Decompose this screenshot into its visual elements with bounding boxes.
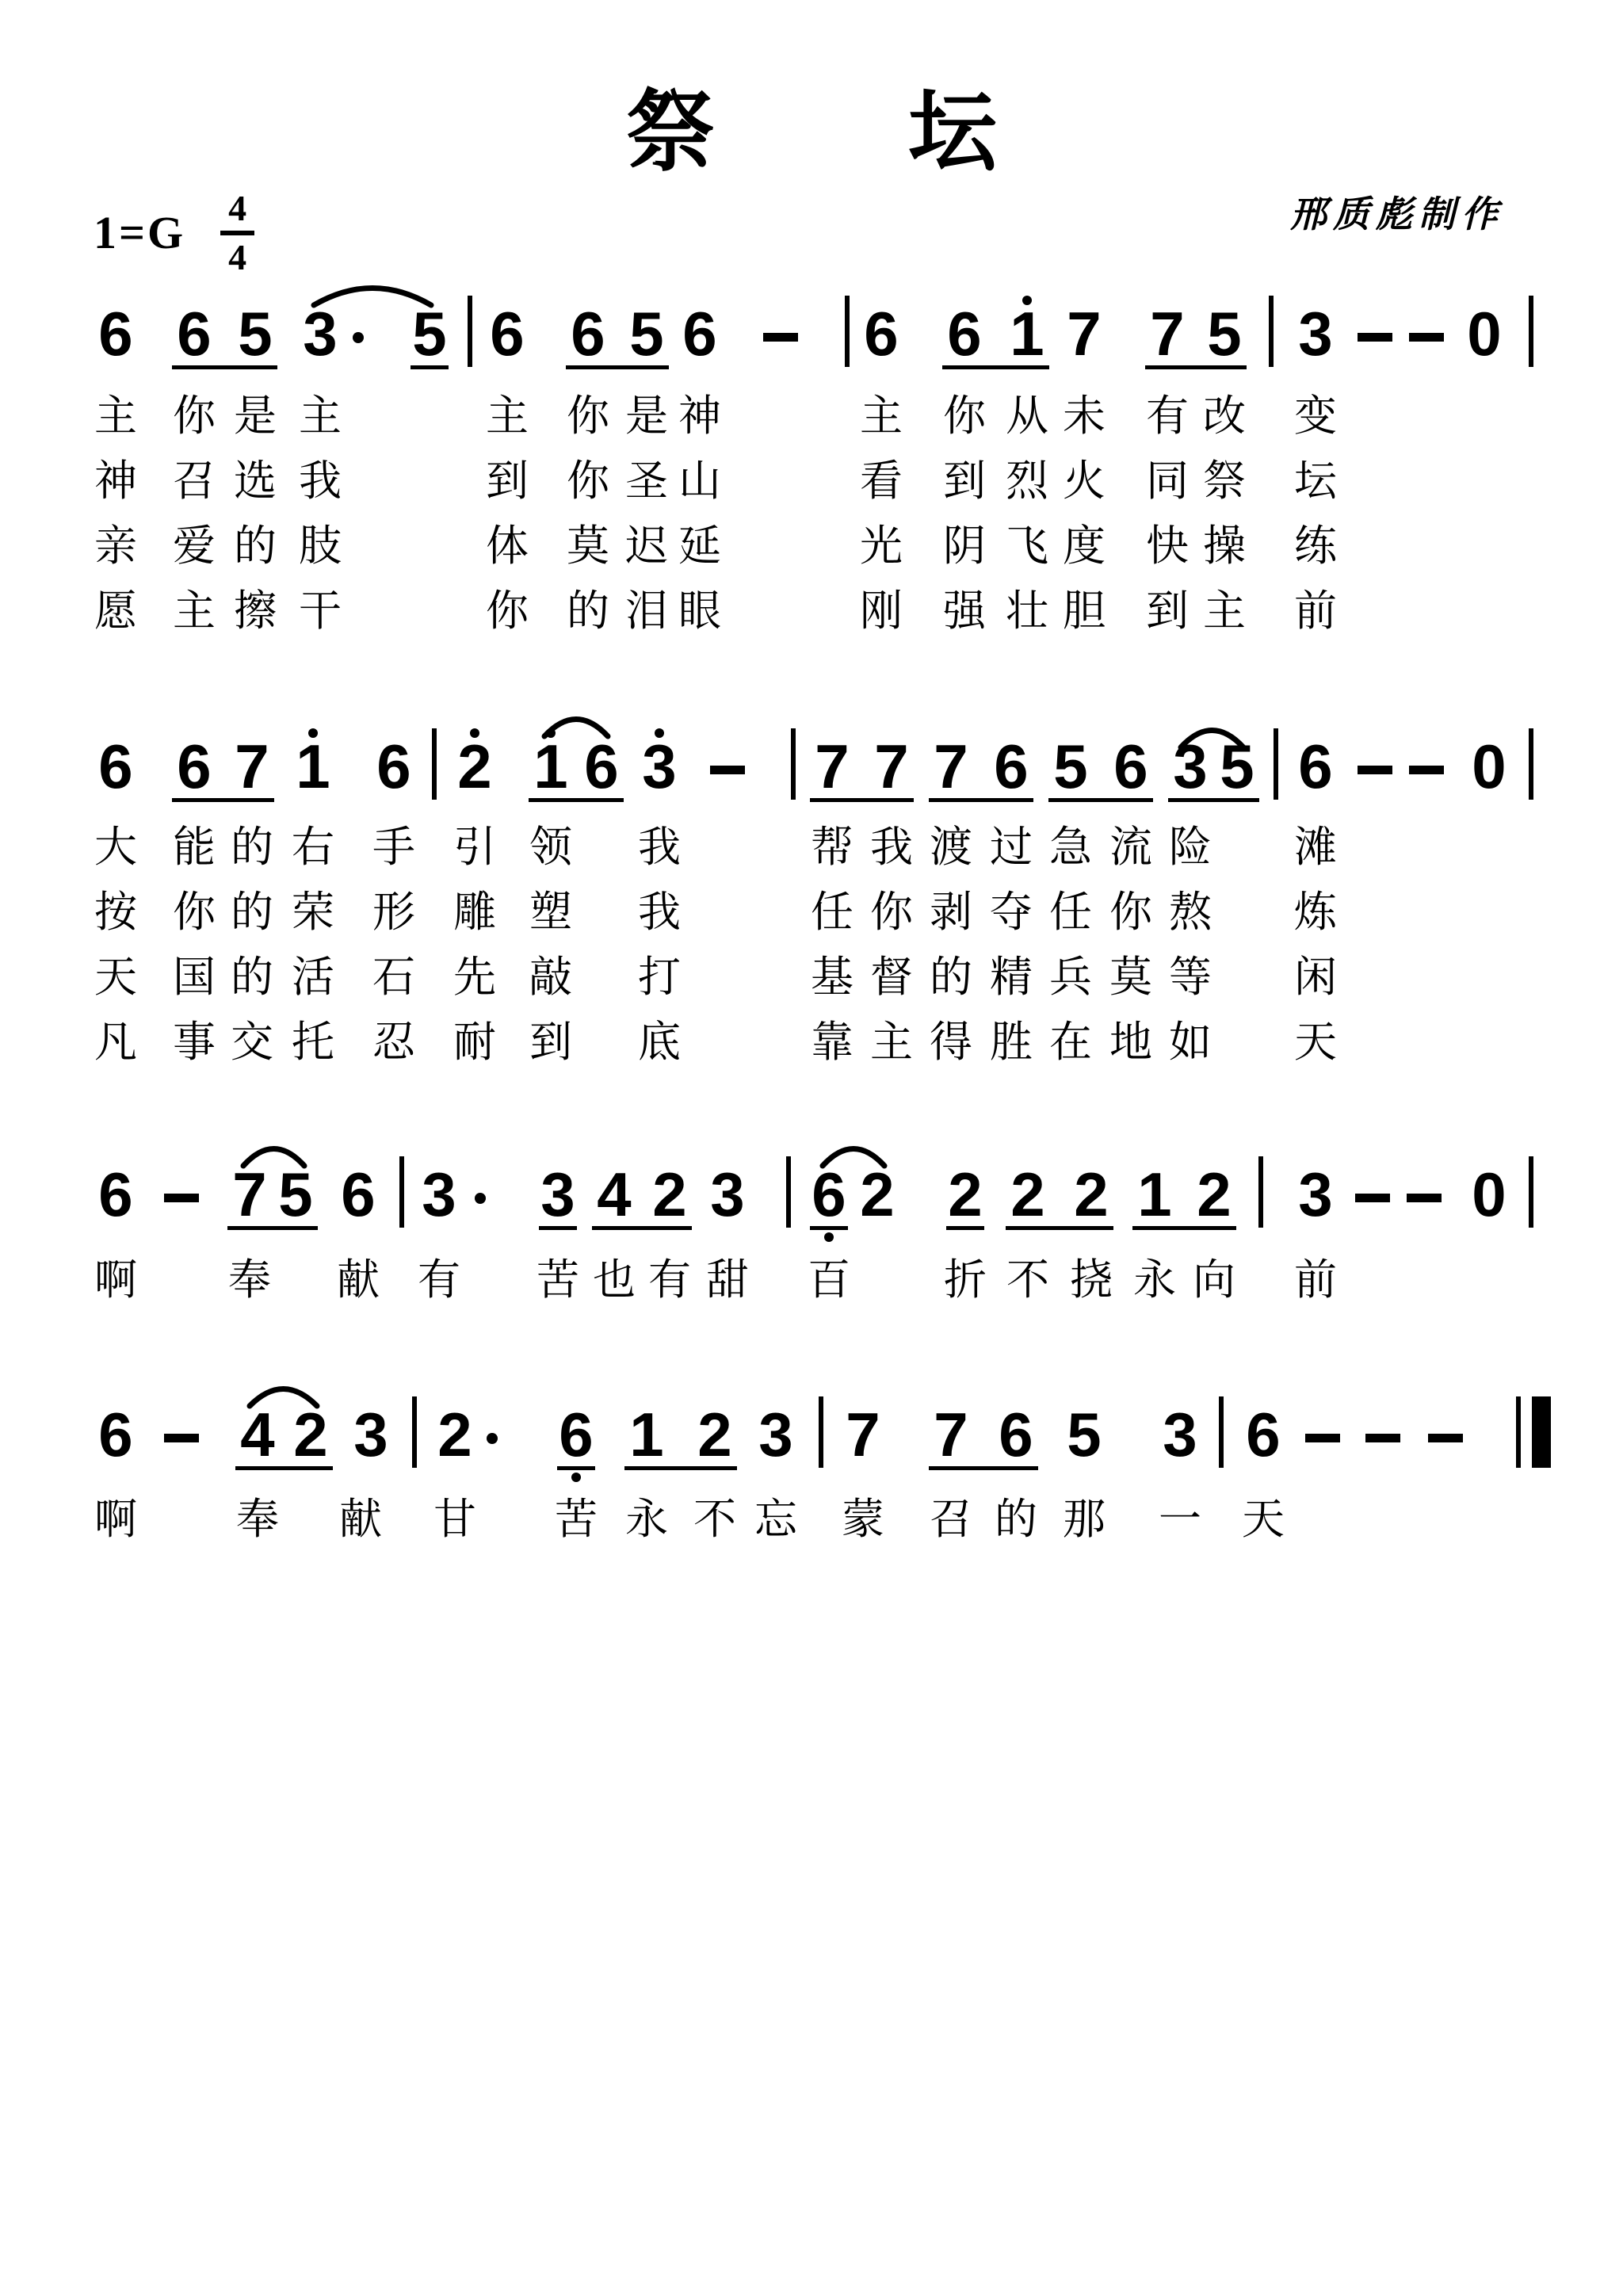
lyric-char: 不 [693, 1498, 736, 1541]
note: 5 [1067, 1404, 1101, 1465]
beam-underline [557, 1466, 595, 1470]
note: 3 [758, 1404, 792, 1465]
barline [412, 1396, 417, 1468]
duration-dash [1428, 1434, 1463, 1442]
lyric-char: 奉 [236, 1498, 279, 1541]
lyric-char: 忘 [754, 1498, 797, 1541]
duration-dash [1365, 1434, 1400, 1442]
lyric-char: 甘 [433, 1498, 476, 1541]
barline [819, 1396, 823, 1468]
lyric-char: 蒙 [842, 1498, 884, 1541]
lyric-char: 召 [930, 1498, 972, 1541]
lyric-char: 献 [339, 1498, 382, 1541]
note: 7 [846, 1404, 880, 1465]
note: 7 [934, 1404, 968, 1465]
note: 6 [999, 1404, 1033, 1465]
lyric-char: 苦 [555, 1498, 598, 1541]
beam-underline [235, 1466, 333, 1470]
lyric-char: 天 [1242, 1498, 1285, 1541]
sheet-music-page: { "header": { "title": { "first": "祭", "… [0, 0, 1623, 2296]
lyric-char: 的 [995, 1498, 1037, 1541]
system-4: 642326123776536啊奉献甘苦永不忘蒙召的那一天 [0, 0, 1623, 2296]
final-barline-thin [1516, 1396, 1521, 1468]
note: 3 [1163, 1404, 1197, 1465]
score-area: 祭 坛 1=G 4 4 邢质彪制作 66535665666177530主你是主主… [0, 0, 1623, 2296]
note: 6 [98, 1404, 132, 1465]
note: 6 [1246, 1404, 1280, 1465]
lyric-char: 啊 [94, 1498, 137, 1541]
duration-dash [164, 1434, 199, 1442]
final-barline-thick [1532, 1396, 1551, 1468]
slur-tie-arc [246, 1380, 320, 1410]
lyric-char: 永 [625, 1498, 668, 1541]
note: 2 [293, 1404, 327, 1465]
note: 1 [629, 1404, 663, 1465]
note: 3 [353, 1404, 388, 1465]
beam-underline [624, 1466, 737, 1470]
barline [1219, 1396, 1224, 1468]
octave-dot-below [571, 1473, 581, 1482]
augmentation-dot [487, 1433, 498, 1444]
note: 4 [240, 1404, 274, 1465]
lyric-char: 一 [1159, 1498, 1201, 1541]
note: 2 [697, 1404, 731, 1465]
note: 2 [437, 1404, 472, 1465]
lyric-char: 那 [1063, 1498, 1106, 1541]
note: 6 [559, 1404, 593, 1465]
beam-underline [929, 1466, 1038, 1470]
duration-dash [1305, 1434, 1340, 1442]
